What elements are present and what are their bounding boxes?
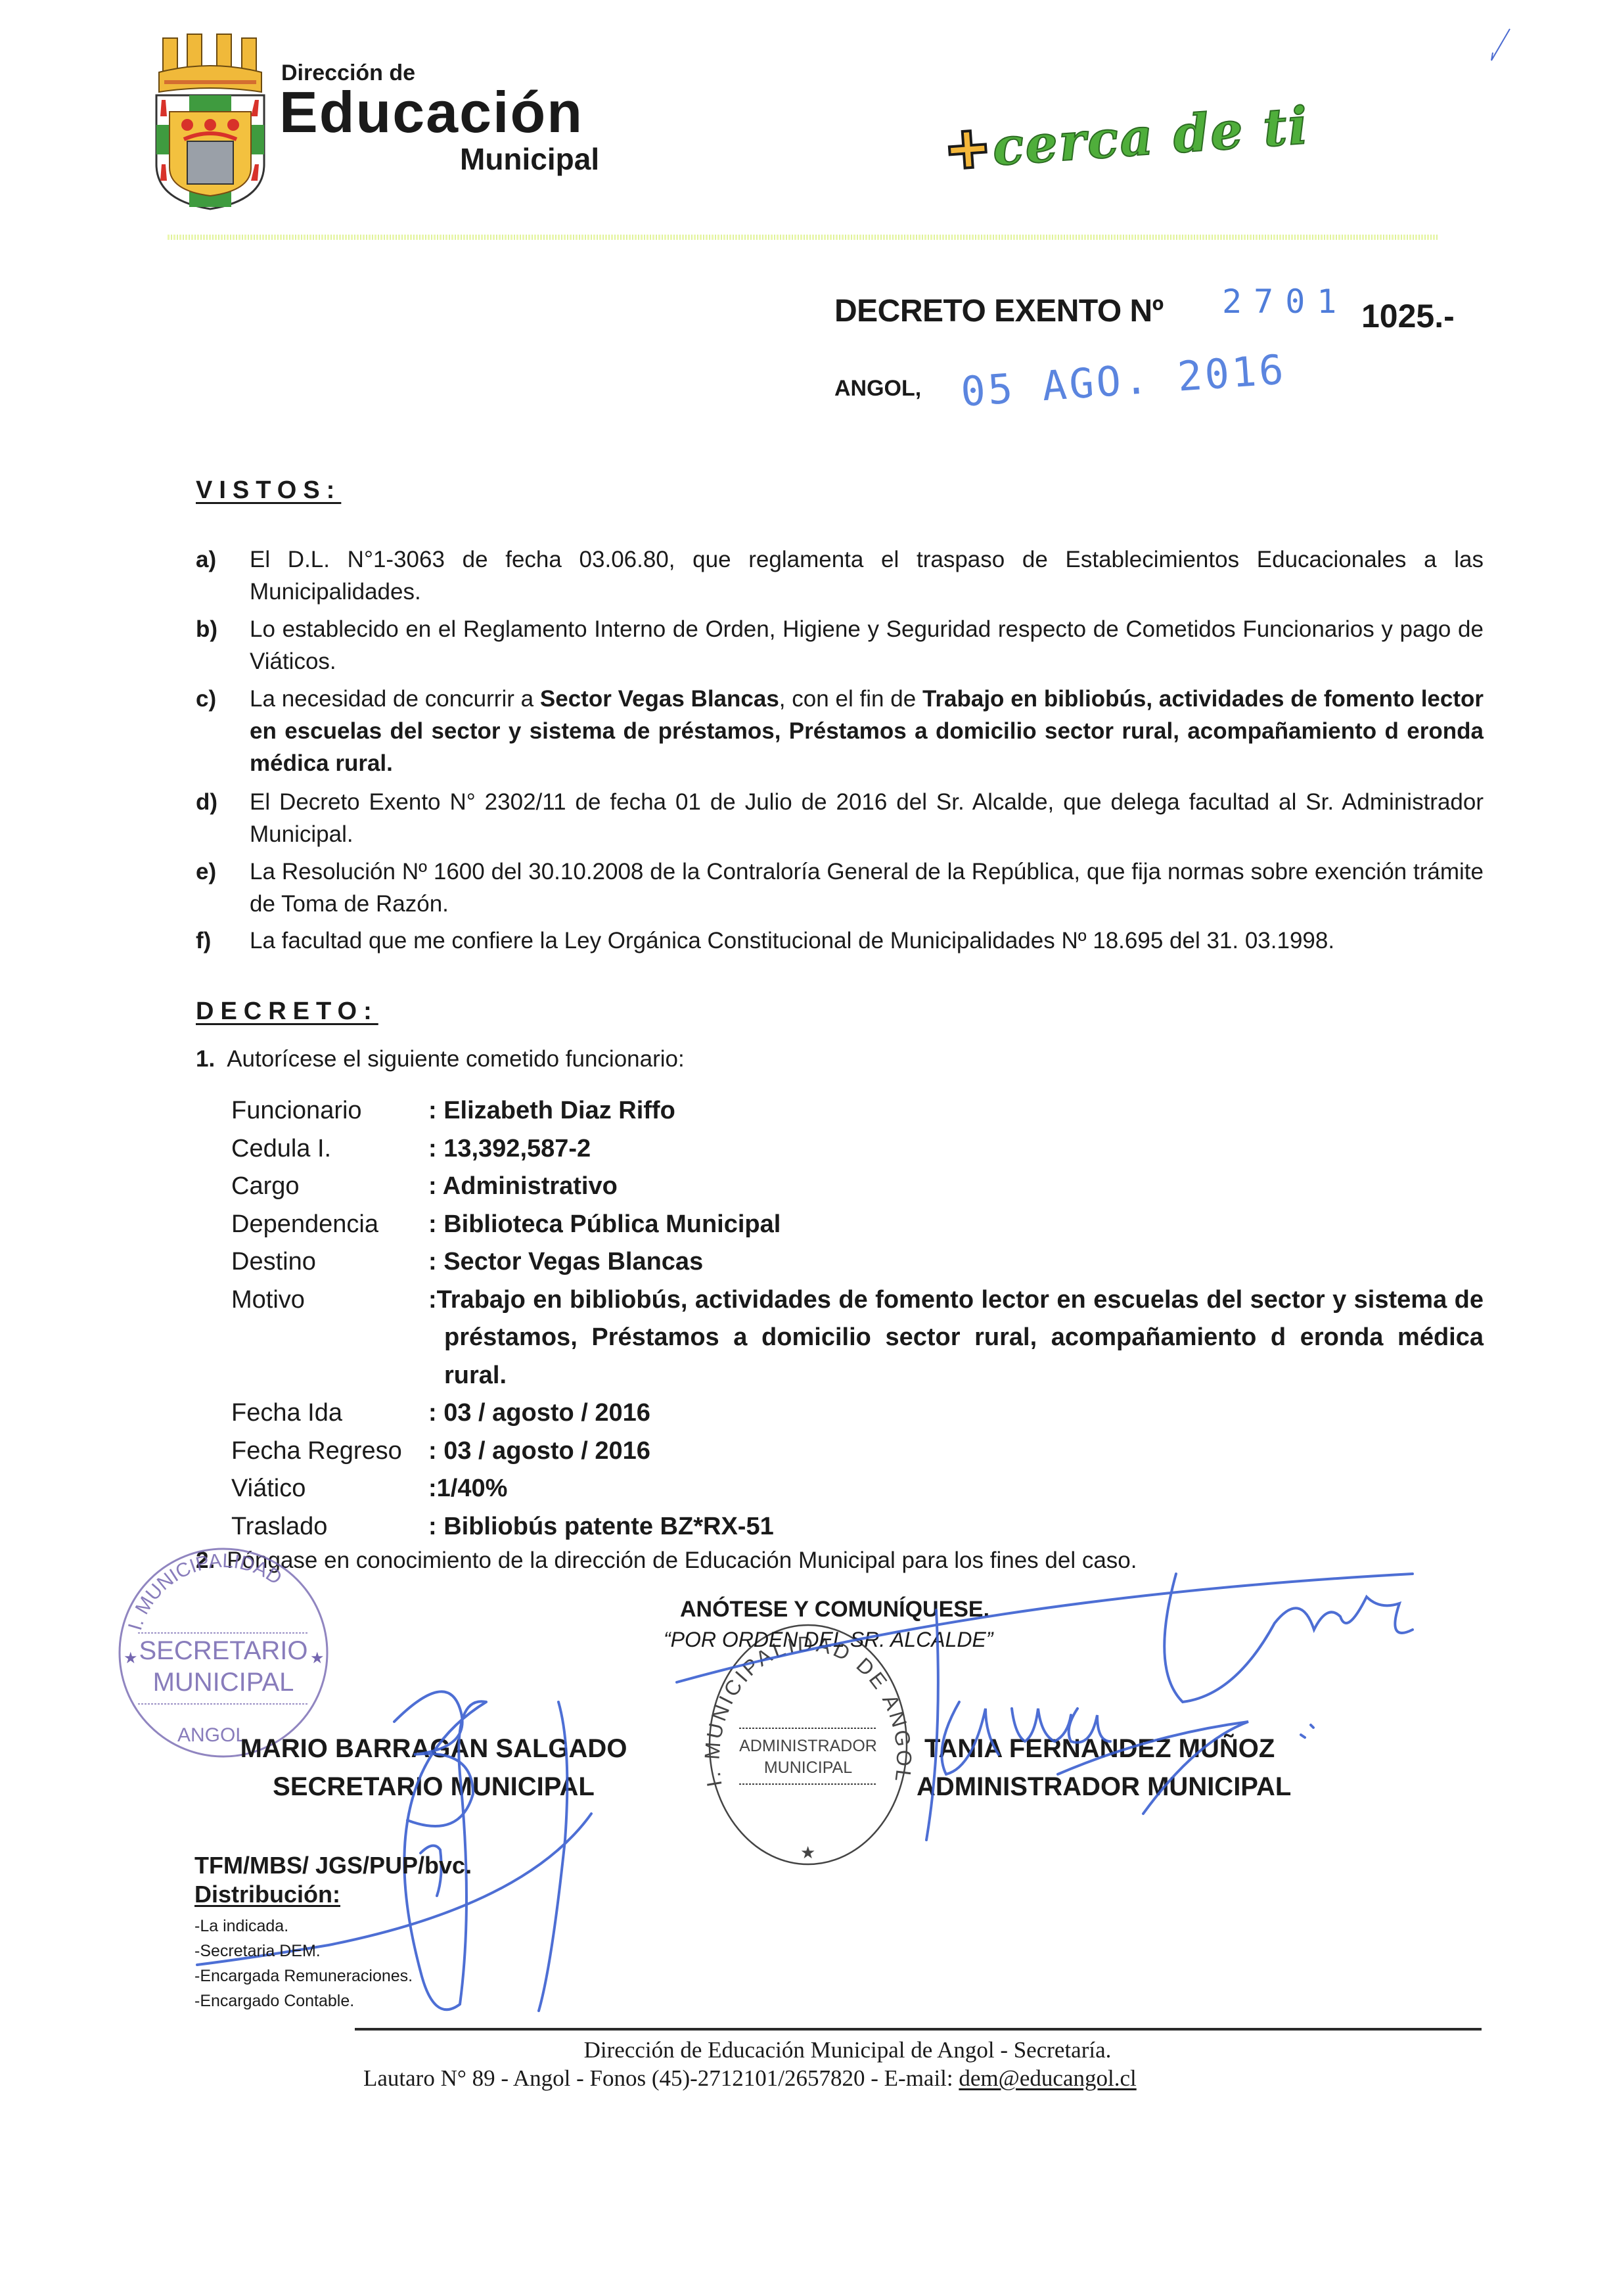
item-text: El D.L. N°1-3063 de fecha 03.06.80, que … — [250, 543, 1484, 608]
svg-text:ADMINISTRADOR: ADMINISTRADOR — [739, 1737, 877, 1755]
svg-text:SECRETARIO: SECRETARIO — [139, 1636, 307, 1665]
decree-title: DECRETO EXENTO Nº — [834, 293, 1164, 329]
item-marker: a) — [196, 543, 250, 608]
field-label: Destino — [231, 1243, 428, 1281]
vistos-item-b: b) Lo establecido en el Reglamento Inter… — [196, 613, 1484, 677]
field-label: Cargo — [231, 1168, 428, 1206]
field-value: :Trabajo en bibliobús, actividades de fo… — [428, 1281, 1484, 1395]
field-value: : Bibliobús patente BZ*RX-51 — [428, 1508, 1484, 1546]
initials: TFM/MBS/ JGS/PUP/bvc. — [194, 1852, 472, 1879]
signatory-title: ADMINISTRADOR MUNICIPAL — [917, 1768, 1291, 1806]
field-row-funcionario: Funcionario: Elizabeth Diaz Riffo — [231, 1092, 1484, 1130]
field-row-viatico: Viático:1/40% — [231, 1470, 1484, 1508]
vistos-item-e: e) La Resolución Nº 1600 del 30.10.2008 … — [196, 856, 1484, 920]
signatory-name: MARIO BARRAGAN SALGADO — [223, 1730, 644, 1768]
field-row-cedula: Cedula I.: 13,392,587-2 — [231, 1130, 1484, 1168]
header-divider — [168, 235, 1439, 240]
field-row-fecha-ida: Fecha Ida: 03 / agosto / 2016 — [231, 1394, 1484, 1433]
footer-address: Lautaro N° 89 - Angol - Fonos (45)-27121… — [363, 2065, 959, 2091]
item-text: El Decreto Exento N° 2302/11 de fecha 01… — [250, 786, 1484, 850]
stamp-date: 05 AGO. 2016 — [959, 345, 1288, 415]
field-label: Motivo — [231, 1281, 428, 1395]
svg-text:★: ★ — [310, 1649, 325, 1667]
footer-contact: Lautaro N° 89 - Angol - Fonos (45)-27121… — [363, 2065, 1137, 2092]
closing-formula: ANÓTESE Y COMUNÍQUESE. — [680, 1597, 989, 1622]
list-item: -Encargada Remuneraciones. — [194, 1963, 413, 1988]
field-label: Fecha Regreso — [231, 1433, 428, 1471]
decree-number: 1025.- — [1361, 297, 1455, 335]
svg-text:★: ★ — [800, 1843, 815, 1862]
field-value: : 03 / agosto / 2016 — [428, 1433, 1484, 1471]
field-label: Funcionario — [231, 1092, 428, 1130]
logo-line-educacion: Educación — [279, 79, 583, 146]
item-text: La necesidad de concurrir a Sector Vegas… — [250, 683, 1484, 779]
field-row-dependencia: Dependencia: Biblioteca Pública Municipa… — [231, 1206, 1484, 1244]
svg-text:★: ★ — [124, 1649, 138, 1667]
field-value: : 03 / agosto / 2016 — [428, 1394, 1484, 1433]
item-text: La Resolución Nº 1600 del 30.10.2008 de … — [250, 856, 1484, 920]
field-label: Traslado — [231, 1508, 428, 1546]
field-label: Dependencia — [231, 1206, 428, 1244]
field-value: : 13,392,587-2 — [428, 1130, 1484, 1168]
item-marker: c) — [196, 683, 250, 779]
logo-line-municipal: Municipal — [460, 141, 599, 177]
slogan-text: cerca de ti — [991, 95, 1311, 177]
item-text-part: , con el fin de — [779, 686, 922, 712]
field-row-destino: Destino: Sector Vegas Blancas — [231, 1243, 1484, 1281]
decree-point-1: 1.Autorícese el siguiente cometido funci… — [196, 1046, 685, 1072]
point-number: 1. — [196, 1046, 215, 1072]
field-row-cargo: Cargo: Administrativo — [231, 1168, 1484, 1206]
field-row-traslado: Traslado: Bibliobús patente BZ*RX-51 — [231, 1508, 1484, 1546]
field-value: : Administrativo — [428, 1168, 1484, 1206]
check-mark-icon — [1478, 26, 1518, 66]
item-text-part: La necesidad de concurrir a — [250, 686, 540, 712]
field-label: Viático — [231, 1470, 428, 1508]
stamp-decree-number: 2701 — [1222, 283, 1348, 321]
svg-text:I. MUNICIPALIDAD: I. MUNICIPALIDAD — [124, 1550, 286, 1633]
svg-text:MUNICIPAL: MUNICIPAL — [153, 1668, 294, 1697]
distribution-list: -La indicada. -Secretaria DEM. -Encargad… — [194, 1914, 413, 2013]
section-heading-decreto: DECRETO: — [196, 998, 378, 1026]
svg-text:MUNICIPAL: MUNICIPAL — [764, 1758, 852, 1777]
item-text: La facultad que me confiere la Ley Orgán… — [250, 925, 1484, 957]
seal-administrador-municipal: I. MUNICIPALIDAD DE ANGOL ADMINISTRADOR … — [700, 1617, 917, 1873]
signatory-secretario: MARIO BARRAGAN SALGADO SECRETARIO MUNICI… — [223, 1730, 644, 1806]
item-text: Lo establecido en el Reglamento Interno … — [250, 613, 1484, 677]
field-label: Cedula I. — [231, 1130, 428, 1168]
footer-divider — [355, 2028, 1482, 2031]
field-row-fecha-regreso: Fecha Regreso: 03 / agosto / 2016 — [231, 1433, 1484, 1471]
city-label: ANGOL, — [834, 376, 921, 402]
slogan-logo: + cerca de ti — [943, 86, 1311, 190]
email-link[interactable]: dem@educangol.cl — [959, 2065, 1136, 2091]
field-value: : Biblioteca Pública Municipal — [428, 1206, 1484, 1244]
field-value: : Elizabeth Diaz Riffo — [428, 1092, 1484, 1130]
vistos-item-d: d) El Decreto Exento N° 2302/11 de fecha… — [196, 786, 1484, 850]
destination-bold: Sector Vegas Blancas — [540, 686, 779, 712]
field-label: Fecha Ida — [231, 1394, 428, 1433]
coat-of-arms-icon — [151, 26, 269, 210]
vistos-item-f: f) La facultad que me confiere la Ley Or… — [196, 925, 1484, 957]
signatory-title: SECRETARIO MUNICIPAL — [223, 1768, 644, 1806]
item-marker: d) — [196, 786, 250, 850]
assignment-fields: Funcionario: Elizabeth Diaz Riffo Cedula… — [231, 1092, 1484, 1546]
field-value: : Sector Vegas Blancas — [428, 1243, 1484, 1281]
signatory-administrador: TANIA FERNANDEZ MUÑOZ ADMINISTRADOR MUNI… — [917, 1730, 1291, 1806]
item-marker: b) — [196, 613, 250, 677]
list-item: -Encargado Contable. — [194, 1988, 413, 2013]
list-item: -La indicada. — [194, 1914, 413, 1939]
section-heading-vistos: VISTOS: — [196, 476, 341, 505]
item-marker: e) — [196, 856, 250, 920]
list-item: -Secretaria DEM. — [194, 1939, 413, 1963]
decree-point-2: 2.Póngase en conocimiento de la direcció… — [196, 1548, 1137, 1574]
vistos-item-c: c) La necesidad de concurrir a Sector Ve… — [196, 683, 1484, 779]
field-value: :1/40% — [428, 1470, 1484, 1508]
point-text: Autorícese el siguiente cometido funcion… — [227, 1046, 685, 1072]
distribution-heading: Distribución: — [194, 1881, 340, 1908]
item-marker: f) — [196, 925, 250, 957]
footer-office: Dirección de Educación Municipal de Ango… — [355, 2037, 1340, 2063]
field-row-motivo: Motivo:Trabajo en bibliobús, actividades… — [231, 1281, 1484, 1395]
plus-icon: + — [944, 112, 991, 187]
point-text: Póngase en conocimiento de la dirección … — [227, 1548, 1137, 1573]
by-order-of-mayor: “POR ORDEN DEL SR. ALCALDE” — [664, 1628, 993, 1652]
vistos-item-a: a) El D.L. N°1-3063 de fecha 03.06.80, q… — [196, 543, 1484, 608]
signatory-name: TANIA FERNANDEZ MUÑOZ — [917, 1730, 1291, 1768]
